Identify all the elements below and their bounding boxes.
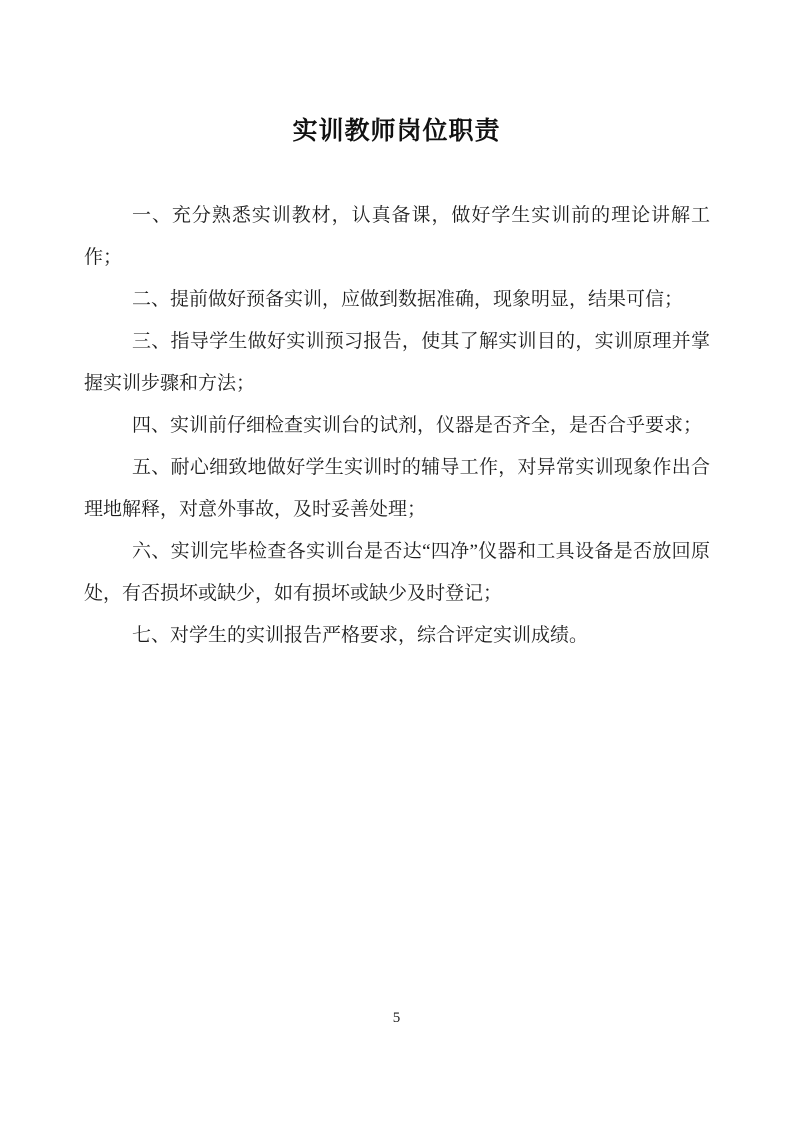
paragraph-item-5: 五、耐心细致地做好学生实训时的辅导工作，对异常实训现象作出合理地解释，对意外事故…: [84, 447, 710, 531]
paragraph-item-2: 二、提前做好预备实训，应做到数据准确，现象明显，结果可信；: [84, 279, 710, 321]
paragraph-item-7: 七、对学生的实训报告严格要求，综合评定实训成绩。: [84, 615, 710, 657]
paragraph-item-1: 一、充分熟悉实训教材，认真备课，做好学生实训前的理论讲解工作；: [84, 195, 710, 279]
page-title: 实训教师岗位职责: [0, 116, 793, 146]
paragraph-item-3: 三、指导学生做好实训预习报告，使其了解实训目的，实训原理并掌握实训步骤和方法；: [84, 321, 710, 405]
paragraph-item-6: 六、实训完毕检查各实训台是否达“四净”仪器和工具设备是否放回原处，有否损坏或缺少…: [84, 531, 710, 615]
document-body: 一、充分熟悉实训教材，认真备课，做好学生实训前的理论讲解工作； 二、提前做好预备…: [84, 195, 710, 657]
paragraph-item-4: 四、实训前仔细检查实训台的试剂，仪器是否齐全，是否合乎要求；: [84, 405, 710, 447]
page-number: 5: [0, 1008, 793, 1028]
document-page: 实训教师岗位职责 一、充分熟悉实训教材，认真备课，做好学生实训前的理论讲解工作；…: [0, 0, 793, 1122]
